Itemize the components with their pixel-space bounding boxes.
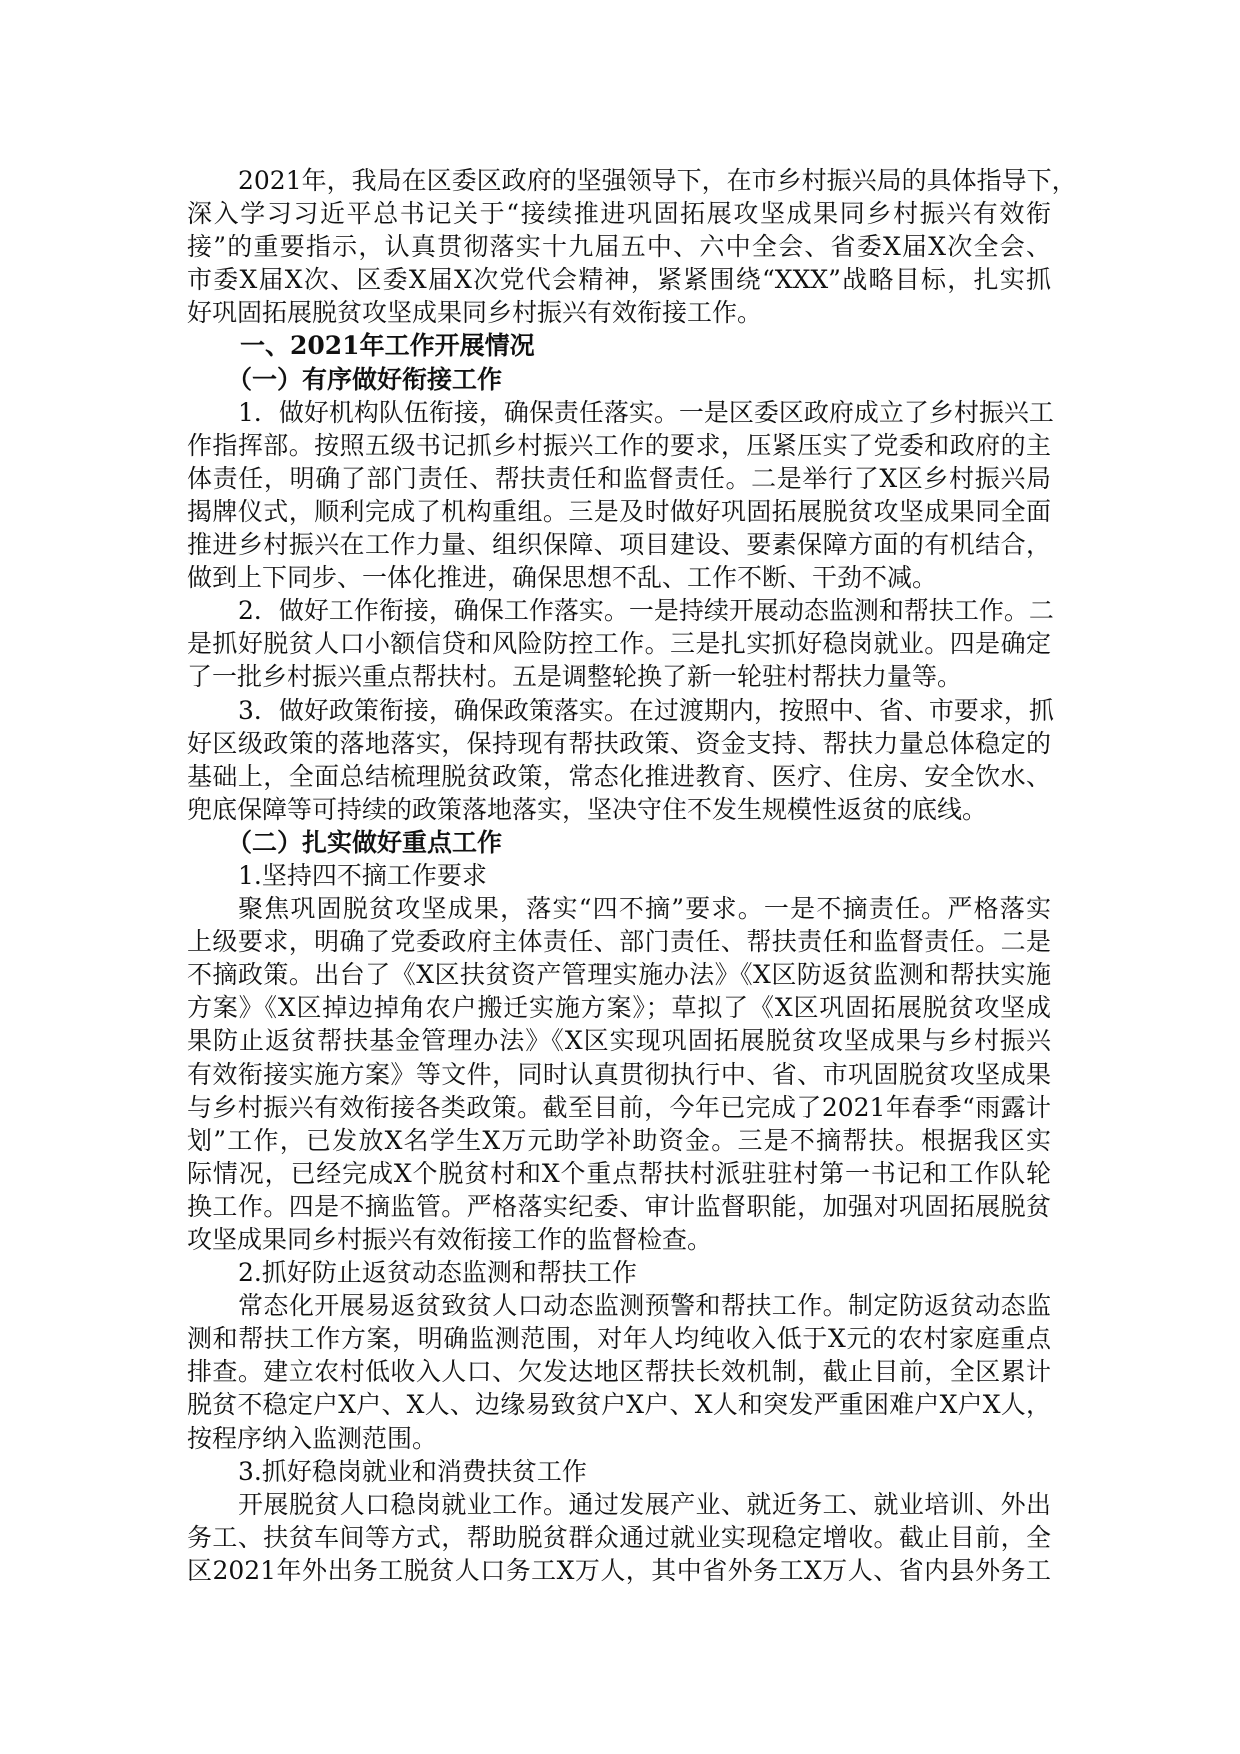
paragraph-line: 基础上，全面总结梳理脱贫政策，常态化推进教育、医疗、住房、安全饮水、 <box>187 760 1051 793</box>
item-paragraph-policy: 3．做好政策衔接，确保政策落实。在过渡期内，按照中、省、市要求，抓 好区级政策的… <box>187 694 1051 826</box>
paragraph-line: 排查。建立农村低收入人口、欠发达地区帮扶长效机制，截止目前，全区累计 <box>187 1355 1051 1388</box>
subsection-heading-2: （二）扎实做好重点工作 <box>187 826 1051 859</box>
item-title-employment: 3.抓好稳岗就业和消费扶贫工作 <box>187 1455 1051 1488</box>
item-paragraph-four-nots: 聚焦巩固脱贫攻坚成果，落实“四不摘”要求。一是不摘责任。严格落实 上级要求，明确… <box>187 892 1051 1256</box>
paragraph-line: 按程序纳入监测范围。 <box>187 1422 1051 1455</box>
paragraph-line: 2021年，我局在区委区政府的坚强领导下，在市乡村振兴局的具体指导下， <box>187 164 1051 197</box>
paragraph-line: 好区级政策的落地落实，保持现有帮扶政策、资金支持、帮扶力量总体稳定的 <box>187 727 1051 760</box>
paragraph-line: 务工、扶贫车间等方式，帮助脱贫群众通过就业实现稳定增收。截止目前，全 <box>187 1521 1051 1554</box>
paragraph-line: 市委X届X次、区委X届X次党代会精神，紧紧围绕“XXX”战略目标，扎实抓 <box>187 263 1051 296</box>
paragraph-line: 作指挥部。按照五级书记抓乡村振兴工作的要求，压紧压实了党委和政府的主 <box>187 429 1051 462</box>
paragraph-line: 方案》《X区掉边掉角农户搬迁实施方案》；草拟了《X区巩固拓展脱贫攻坚成 <box>187 991 1051 1024</box>
item-title-monitoring: 2.抓好防止返贫动态监测和帮扶工作 <box>187 1256 1051 1289</box>
section-heading-1: 一、2021年工作开展情况 <box>187 329 1051 362</box>
paragraph-line: 测和帮扶工作方案，明确监测范围，对年人均纯收入低于X元的农村家庭重点 <box>187 1322 1051 1355</box>
paragraph-line: 好巩固拓展脱贫攻坚成果同乡村振兴有效衔接工作。 <box>187 296 1051 329</box>
paragraph-line: 换工作。四是不摘监管。严格落实纪委、审计监督职能，加强对巩固拓展脱贫 <box>187 1190 1051 1223</box>
item-paragraph-institution: 1．做好机构队伍衔接，确保责任落实。一是区委区政府成立了乡村振兴工 作指挥部。按… <box>187 396 1051 595</box>
paragraph-line: 兜底保障等可持续的政策落地落实，坚决守住不发生规模性返贫的底线。 <box>187 793 1051 826</box>
paragraph-line: 深入学习习近平总书记关于“接续推进巩固拓展攻坚成果同乡村振兴有效衔 <box>187 197 1051 230</box>
paragraph-line: 际情况，已经完成X个脱贫村和X个重点帮扶村派驻驻村第一书记和工作队轮 <box>187 1157 1051 1190</box>
subsection-heading-1: （一）有序做好衔接工作 <box>187 363 1051 396</box>
paragraph-line: 了一批乡村振兴重点帮扶村。五是调整轮换了新一轮驻村帮扶力量等。 <box>187 660 1051 693</box>
item-title-four-nots: 1.坚持四不摘工作要求 <box>187 859 1051 892</box>
paragraph-line: 2．做好工作衔接，确保工作落实。一是持续开展动态监测和帮扶工作。二 <box>187 594 1051 627</box>
document-page: 2021年，我局在区委区政府的坚强领导下，在市乡村振兴局的具体指导下， 深入学习… <box>187 164 1051 1587</box>
paragraph-line: 体责任，明确了部门责任、帮扶责任和监督责任。二是举行了X区乡村振兴局 <box>187 462 1051 495</box>
intro-paragraph: 2021年，我局在区委区政府的坚强领导下，在市乡村振兴局的具体指导下， 深入学习… <box>187 164 1051 329</box>
item-paragraph-work: 2．做好工作衔接，确保工作落实。一是持续开展动态监测和帮扶工作。二 是抓好脱贫人… <box>187 594 1051 693</box>
paragraph-line: 3．做好政策衔接，确保政策落实。在过渡期内，按照中、省、市要求，抓 <box>187 694 1051 727</box>
paragraph-line: 划”工作，已发放X名学生X万元助学补助资金。三是不摘帮扶。根据我区实 <box>187 1124 1051 1157</box>
paragraph-line: 与乡村振兴有效衔接各类政策。截至目前，今年已完成了2021年春季“雨露计 <box>187 1091 1051 1124</box>
paragraph-line: 区2021年外出务工脱贫人口务工X万人，其中省外务工X万人、省内县外务工 <box>187 1554 1051 1587</box>
paragraph-line: 开展脱贫人口稳岗就业工作。通过发展产业、就近务工、就业培训、外出 <box>187 1488 1051 1521</box>
paragraph-line: 做到上下同步、一体化推进，确保思想不乱、工作不断、干劲不减。 <box>187 561 1051 594</box>
paragraph-line: 常态化开展易返贫致贫人口动态监测预警和帮扶工作。制定防返贫动态监 <box>187 1289 1051 1322</box>
paragraph-line: 推进乡村振兴在工作力量、组织保障、项目建设、要素保障方面的有机结合， <box>187 528 1051 561</box>
paragraph-line: 脱贫不稳定户X户、X人、边缘易致贫户X户、X人和突发严重困难户X户X人， <box>187 1388 1051 1421</box>
paragraph-line: 攻坚成果同乡村振兴有效衔接工作的监督检查。 <box>187 1223 1051 1256</box>
paragraph-line: 果防止返贫帮扶基金管理办法》《X区实现巩固拓展脱贫攻坚成果与乡村振兴 <box>187 1024 1051 1057</box>
paragraph-line: 是抓好脱贫人口小额信贷和风险防控工作。三是扎实抓好稳岗就业。四是确定 <box>187 627 1051 660</box>
paragraph-line: 接”的重要指示，认真贯彻落实十九届五中、六中全会、省委X届X次全会、 <box>187 230 1051 263</box>
item-paragraph-employment: 开展脱贫人口稳岗就业工作。通过发展产业、就近务工、就业培训、外出 务工、扶贫车间… <box>187 1488 1051 1587</box>
paragraph-line: 1．做好机构队伍衔接，确保责任落实。一是区委区政府成立了乡村振兴工 <box>187 396 1051 429</box>
paragraph-line: 有效衔接实施方案》等文件，同时认真贯彻执行中、省、市巩固脱贫攻坚成果 <box>187 1058 1051 1091</box>
paragraph-line: 不摘政策。出台了《X区扶贫资产管理实施办法》《X区防返贫监测和帮扶实施 <box>187 958 1051 991</box>
paragraph-line: 揭牌仪式，顺利完成了机构重组。三是及时做好巩固拓展脱贫攻坚成果同全面 <box>187 495 1051 528</box>
paragraph-line: 上级要求，明确了党委政府主体责任、部门责任、帮扶责任和监督责任。二是 <box>187 925 1051 958</box>
item-paragraph-monitoring: 常态化开展易返贫致贫人口动态监测预警和帮扶工作。制定防返贫动态监 测和帮扶工作方… <box>187 1289 1051 1454</box>
paragraph-line: 聚焦巩固脱贫攻坚成果，落实“四不摘”要求。一是不摘责任。严格落实 <box>187 892 1051 925</box>
